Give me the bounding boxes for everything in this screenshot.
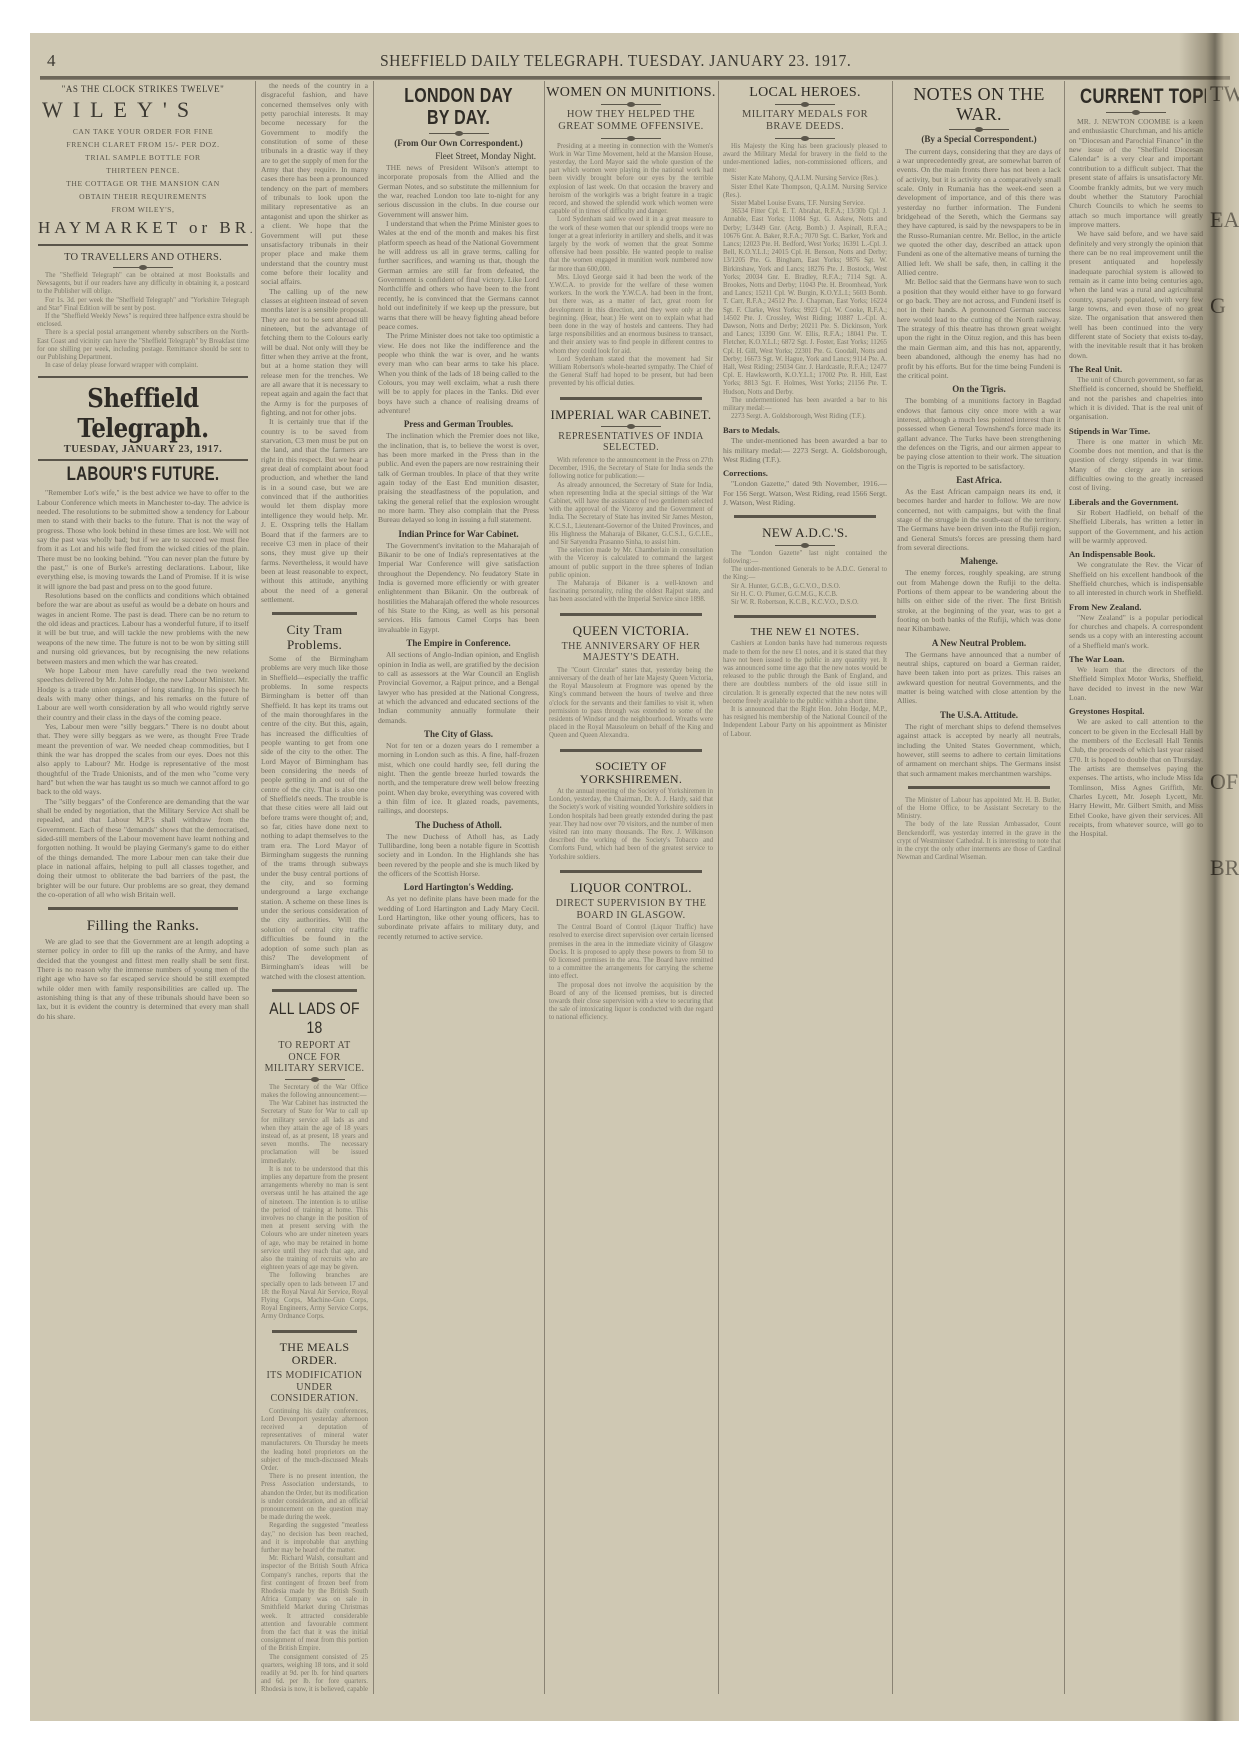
text-line: There is a special postal arrangement wh… (37, 329, 249, 362)
page-number: 4 (47, 51, 56, 71)
meals-order-heading: THE MEALS ORDER. (258, 1341, 371, 1367)
local-heroes-subheading: MILITARY MEDALS FOR BRAVE DEEDS. (726, 109, 884, 133)
divider (560, 749, 702, 752)
meals-order-subheading: ITS MODIFICATION UNDER CONSIDERATION. (264, 1370, 365, 1405)
notes-war-closing: The Minister of Labour has appointed Mr.… (894, 797, 1064, 863)
section-text: The inclination which the Premier does n… (378, 431, 539, 524)
text-line: Continuing his daily conferences, Lord D… (261, 1408, 368, 1474)
column-5: LOCAL HEROES. MILITARY MEDALS FOR BRAVE … (720, 81, 890, 1694)
text-line: OBTAIN THEIR REQUIREMENTS (34, 192, 252, 201)
divider (560, 870, 702, 873)
all-lads-heading: ALL LADS OF 18 (268, 1000, 361, 1037)
women-munitions-subheading: HOW THEY HELPED THE GREAT SOMME OFFENSIV… (552, 109, 710, 133)
tribunals-body: the needs of the country in a disgracefu… (258, 81, 371, 604)
text-line: The selection made by Mr. Chamberlain in… (549, 547, 713, 580)
text-line: BRIT (1210, 855, 1239, 881)
text-line: Sister Mabel Louise Evans, T.F. Nursing … (723, 200, 887, 208)
text-line: The Secretary of the War Office makes th… (261, 1084, 368, 1100)
divider (734, 615, 876, 618)
local-heroes-sections: Bars to Medals.The under-mentioned has b… (720, 425, 890, 507)
section-heading: Indian Prince for War Cabinet. (375, 529, 542, 539)
notes-war-body: The current days, considering that they … (894, 147, 1064, 381)
text-line: We hope Labour men have carefully read t… (37, 666, 249, 722)
divider (560, 397, 702, 400)
text-line: Sir W. R. Robertson, K.C.B., K.C.V.O., D… (723, 599, 887, 607)
section-heading: Liberals and the Government. (1069, 497, 1203, 507)
text-line: We are glad to see that the Government a… (37, 937, 249, 1021)
text-line: Regarding the suggested "meatless day," … (261, 1522, 368, 1555)
queen-victoria-subheading: THE ANNIVERSARY OF HER MAJESTY'S DEATH. (552, 641, 710, 664)
text-line: Presiding at a meeting in connection wit… (549, 143, 713, 217)
divider (272, 1330, 357, 1333)
local-heroes-body: His Majesty the King has been graciously… (720, 143, 890, 422)
filling-ranks-body: We are glad to see that the Government a… (34, 937, 252, 1021)
text-line: The consignment consisted of 25 quarters… (261, 1654, 368, 1694)
section-text: The under-mentioned has been awarded a b… (723, 436, 887, 464)
text-line: The "London Gazette" last night containe… (723, 550, 887, 566)
labour-heading: LABOUR'S FUTURE. (56, 465, 230, 486)
text-line: Some of the Birmingham problems are very… (261, 654, 368, 981)
new-adcs-body: The "London Gazette" last night containe… (720, 550, 890, 607)
newspaper-page: 4 SHEFFIELD DAILY TELEGRAPH. TUESDAY. JA… (30, 33, 1239, 1754)
section-heading: The City of Glass. (375, 729, 542, 739)
imperial-cabinet-subheading: REPRESENTATIVES OF INDIA SELECTED. (552, 431, 710, 454)
divider (48, 907, 238, 910)
section-heading: Press and German Troubles. (375, 419, 542, 429)
liquor-control-subheading: DIRECT SUPERVISION BY THE BOARD IN GLASG… (552, 898, 710, 921)
text-line: In case of delay please forward wrapper … (37, 362, 249, 370)
text-line: the needs of the country in a disgracefu… (261, 81, 368, 287)
london-day-body: THE news of President Wilson's attempt t… (375, 163, 542, 415)
text-line: At the annual meeting of the Society of … (549, 788, 713, 862)
text-line: G (1210, 293, 1239, 319)
section-text: We are asked to call attention to the co… (1069, 717, 1203, 838)
london-day-byline: (From Our Own Correspondent.) (375, 138, 542, 148)
text-line: Resolutions based on the conflicts and c… (37, 591, 249, 666)
text-line: Mrs. Lloyd George said it had been the w… (549, 274, 713, 356)
advert-brand: WILEY'S (42, 97, 252, 123)
advert-lines: CAN TAKE YOUR ORDER FOR FINEFRENCH CLARE… (34, 127, 252, 214)
text-line: THE news of President Wilson's attempt t… (378, 163, 539, 219)
text-line: The calling up of the new classes at eig… (261, 287, 368, 418)
section-heading: On the Tigris. (894, 384, 1064, 394)
section-text: Sir Robert Hadfield, on behalf of the Sh… (1069, 508, 1203, 545)
text-line: The proposal does not involve the acquis… (549, 982, 713, 1023)
divider (908, 786, 1050, 789)
text-line: Sister Kate Mahony, Q.A.I.M. Nursing Ser… (723, 175, 887, 183)
text-line: MR. J. NEWTON COOMBE is a keen and enthu… (1069, 117, 1203, 229)
text-line: EA (1210, 207, 1239, 233)
column-rule (892, 81, 893, 1694)
divider-ornament (775, 104, 835, 105)
column-1: "AS THE CLOCK STRIKES TWELVE" WILEY'S CA… (34, 81, 252, 1694)
text-line: CAN TAKE YOUR ORDER FOR FINE (34, 127, 252, 136)
section-heading: Stipends in War Time. (1069, 426, 1203, 436)
section-text: As the East African campaign nears its e… (897, 487, 1061, 552)
text-line: For 1s. 3d. per week the "Sheffield Tele… (37, 297, 249, 313)
divider-ornament (285, 1079, 345, 1080)
text-line: Lord Sydenham stated that the movement h… (549, 356, 713, 389)
section-heading: The Duchess of Atholl. (375, 820, 542, 830)
text-line: FROM WILEY'S, (34, 205, 252, 214)
text-line: Yes, Labour men were "silly beggars." Th… (37, 722, 249, 797)
text-line: The "silly beggars" of the Conference ar… (37, 797, 249, 900)
text-line: As already announced, the Secretary of S… (549, 482, 713, 548)
text-line: The body of the late Russian Ambassador,… (897, 821, 1061, 862)
women-munitions-heading: WOMEN ON MUNITIONS. (546, 85, 716, 100)
text-line: The Central Board of Control (Liquor Tra… (549, 924, 713, 981)
divider (272, 612, 357, 615)
advert-footer: HAYMARKET or BRANCHES. (38, 218, 252, 238)
masthead-rule (40, 76, 1230, 80)
text-line: Sir A. Hunter, G.C.B., G.C.V.O., D.S.O. (723, 583, 887, 591)
text-line: The under-mentioned Generals to be A.D.C… (723, 566, 887, 582)
divider-ornament (429, 133, 489, 134)
section-heading: East Africa. (894, 475, 1064, 485)
text-line: OF (1210, 769, 1239, 795)
divider-ornament (775, 545, 835, 546)
column-rule (544, 81, 545, 1694)
section-heading: Corrections. (723, 468, 887, 478)
yorkshiremen-heading: SOCIETY OF YORKSHIREMEN. (546, 760, 716, 786)
divider-ornament (601, 138, 661, 139)
section-text: The enemy forces, roughly speaking, are … (897, 568, 1061, 633)
text-line: "Remember Lot's wife," is the best advic… (37, 488, 249, 591)
section-heading: The War Loan. (1069, 654, 1203, 664)
notes-war-heading: NOTES ON THE WAR. (894, 85, 1064, 125)
travellers-heading: TO TRAVELLERS AND OTHERS. (34, 252, 252, 263)
text-line: Cashiers at London banks have had numero… (723, 640, 887, 706)
text-line: The Minister of Labour has appointed Mr.… (897, 797, 1061, 822)
divider-ornament (113, 267, 173, 268)
text-line: The following branches are specially ope… (261, 1272, 368, 1321)
section-heading: Greystones Hospital. (1069, 706, 1203, 716)
text-line: With reference to the announcement in th… (549, 457, 713, 482)
text-line: The Maharaja of Bikaner is a well-known … (549, 580, 713, 605)
london-day-heading: LONDON DAY BY DAY. (392, 85, 526, 129)
text-line: The Prime Minister does not take too opt… (378, 331, 539, 415)
current-topics-body: MR. J. NEWTON COOMBE is a keen and enthu… (1066, 117, 1206, 360)
section-heading: The U.S.A. Attitude. (894, 710, 1064, 720)
section-heading: The Real Unit. (1069, 364, 1203, 374)
queen-victoria-body: The "Court Circular" states that, yester… (546, 667, 716, 741)
section-heading: A New Neutral Problem. (894, 638, 1064, 648)
london-day-sections: Press and German Troubles.The inclinatio… (375, 419, 542, 941)
text-line: Mr. Richard Walsh, consultant and inspec… (261, 1555, 368, 1653)
column-3: LONDON DAY BY DAY. (From Our Own Corresp… (375, 81, 542, 1694)
section-text: "London Gazette," dated 9th November, 19… (723, 479, 887, 507)
liquor-control-heading: LIQUOR CONTROL. (546, 881, 716, 895)
current-topics-sections: The Real Unit.The unit of Church governm… (1066, 364, 1206, 839)
travellers-body: The "Sheffield Telegraph" can be obtaine… (34, 272, 252, 370)
all-lads-subheading: TO REPORT AT ONCE FOR MILITARY SERVICE. (264, 1040, 365, 1075)
text-line: THE COTTAGE OR THE MANSION CAN (34, 179, 252, 188)
notes-war-byline: (By a Special Correspondent.) (894, 134, 1064, 144)
column-rule (1064, 81, 1065, 1694)
text-line: His Majesty the King has been graciously… (723, 143, 887, 176)
text-line: The current days, considering that they … (897, 147, 1061, 278)
text-line: 2273 Sergt. A. Goldsborough, West Riding… (723, 413, 887, 421)
section-heading: Mahenge. (894, 556, 1064, 566)
section-heading: The Empire in Conference. (375, 638, 542, 648)
text-line: 36534 Fitter Cpl. E. T. Abrahat, R.F.A.;… (723, 208, 887, 397)
section-text: "New Zealand" is a popular periodical fo… (1069, 613, 1203, 650)
text-line: The "Sheffield Telegraph" can be obtaine… (37, 272, 249, 297)
divider (272, 989, 357, 992)
section-text: The right of merchant ships to defend th… (897, 722, 1061, 778)
column-2: the needs of the country in a disgracefu… (258, 81, 371, 1694)
section-text: The Germans have announced that a number… (897, 650, 1061, 706)
text-line: TRIAL SAMPLE BOTTLE FOR (34, 153, 252, 162)
divider-ornament (1106, 112, 1166, 113)
divider-ornament (949, 129, 1009, 130)
text-line: The War Cabinet has instructed the Secre… (261, 1100, 368, 1166)
masthead-title: SHEFFIELD DAILY TELEGRAPH. TUESDAY. JANU… (380, 51, 851, 71)
text-line: The "Court Circular" states that, yester… (549, 667, 713, 741)
new-adcs-heading: NEW A.D.C.'S. (720, 526, 890, 540)
column-rule (255, 81, 256, 1694)
section-heading: From New Zealand. (1069, 602, 1203, 612)
section-text: The new Duchess of Atholl has, as Lady T… (378, 832, 539, 879)
section-text: There is one matter in which Mr. Coombe … (1069, 437, 1203, 493)
city-tram-heading: City Tram Problems. (258, 623, 371, 652)
text-line: Lord Sydenham said we owed it in a great… (549, 216, 713, 273)
column-7: CURRENT TOPICS MR. J. NEWTON COOMBE is a… (1066, 81, 1206, 1694)
city-tram-body: Some of the Birmingham problems are very… (258, 654, 371, 981)
column-4: WOMEN ON MUNITIONS. HOW THEY HELPED THE … (546, 81, 716, 1694)
adjacent-page-fragment: TWEAGOFBRIT (1210, 81, 1239, 1754)
new-notes-heading: THE NEW £1 NOTES. (720, 626, 890, 638)
text-line: Sister Ethel Kate Thompson, Q.A.I.M. Nur… (723, 184, 887, 200)
text-line: Sir H. C. O. Plumer, G.C.M.G., K.C.B. (723, 591, 887, 599)
text-line: There is no present intention, the Press… (261, 1473, 368, 1522)
text-line: It is certainly true that if the country… (261, 417, 368, 604)
notes-war-sections: On the Tigris.The bombing of a munitions… (894, 384, 1064, 778)
text-line: If the "Sheffield Weekly News" is requir… (37, 313, 249, 329)
current-topics-heading: CURRENT TOPICS (1080, 85, 1192, 108)
text-line: TW (1210, 81, 1239, 107)
advert-tagline: "AS THE CLOCK STRIKES TWELVE" (34, 84, 252, 94)
section-text: The unit of Church government, so far as… (1069, 375, 1203, 422)
nameplate-title: Sheffield Telegraph. (47, 384, 239, 444)
section-text: The bombing of a munitions factory in Ba… (897, 396, 1061, 471)
column-6: NOTES ON THE WAR. (By a Special Correspo… (894, 81, 1064, 1694)
new-notes-body: Cashiers at London banks have had numero… (720, 640, 890, 738)
masthead: 4 SHEFFIELD DAILY TELEGRAPH. TUESDAY. JA… (30, 51, 1180, 73)
section-text: As yet no definite plans have been made … (378, 894, 539, 941)
imperial-cabinet-body: With reference to the announcement in th… (546, 457, 716, 605)
filling-ranks-heading: Filling the Ranks. (34, 918, 252, 935)
adjacent-page-text: TWEAGOFBRIT (1210, 81, 1239, 881)
divider-ornament (601, 104, 661, 105)
imperial-cabinet-heading: IMPERIAL WAR CABINET. (546, 408, 716, 422)
margin (0, 1721, 1239, 1754)
divider-ornament (775, 138, 835, 139)
section-heading: An Indispensable Book. (1069, 549, 1203, 559)
liquor-control-body: The Central Board of Control (Liquor Tra… (546, 924, 716, 1022)
section-heading: Bars to Medals. (723, 425, 887, 435)
text-line: THIRTEEN PENCE. (34, 166, 252, 175)
section-text: Not for ten or a dozen years do I rememb… (378, 741, 539, 816)
labour-body: "Remember Lot's wife," is the best advic… (34, 488, 252, 899)
meals-order-body: Continuing his daily conferences, Lord D… (258, 1408, 371, 1694)
text-line: The undermentioned has been awarded a ba… (723, 397, 887, 413)
section-text: The Government's invitation to the Mahar… (378, 541, 539, 634)
column-rule (373, 81, 374, 1694)
divider (734, 515, 876, 518)
text-line: Mr. Belloc said that the Germans have wo… (897, 277, 1061, 380)
london-day-dateline: Fleet Street, Monday Night. (375, 151, 536, 161)
text-line: We have said before, and we have said de… (1069, 229, 1203, 360)
section-text: We congratulate the Rev. the Vicar of Sh… (1069, 560, 1203, 597)
local-heroes-heading: LOCAL HEROES. (720, 85, 890, 100)
section-text: All sections of Anglo-Indian opinion, an… (378, 650, 539, 725)
text-line: It is not to be understood that this imp… (261, 1166, 368, 1273)
nameplate-date: TUESDAY, JANUARY 23, 1917. (34, 444, 252, 455)
divider (560, 613, 702, 616)
text-line: It is announced that the Right Hon. John… (723, 706, 887, 739)
divider (38, 459, 248, 461)
divider-ornament (601, 426, 661, 427)
women-munitions-body: Presiding at a meeting in connection wit… (546, 143, 716, 389)
column-rule (718, 81, 719, 1694)
divider (38, 376, 248, 378)
text-line: I understand that when the Prime Ministe… (378, 219, 539, 331)
section-text: We learn that the directors of the Sheff… (1069, 665, 1203, 702)
yorkshiremen-body: At the annual meeting of the Society of … (546, 788, 716, 862)
divider (38, 244, 248, 246)
text-line: FRENCH CLARET FROM 15/- PER DOZ. (34, 140, 252, 149)
queen-victoria-heading: QUEEN VICTORIA. (546, 624, 716, 638)
section-heading: Lord Hartington's Wedding. (375, 882, 542, 892)
all-lads-body: The Secretary of the War Office makes th… (258, 1084, 371, 1322)
